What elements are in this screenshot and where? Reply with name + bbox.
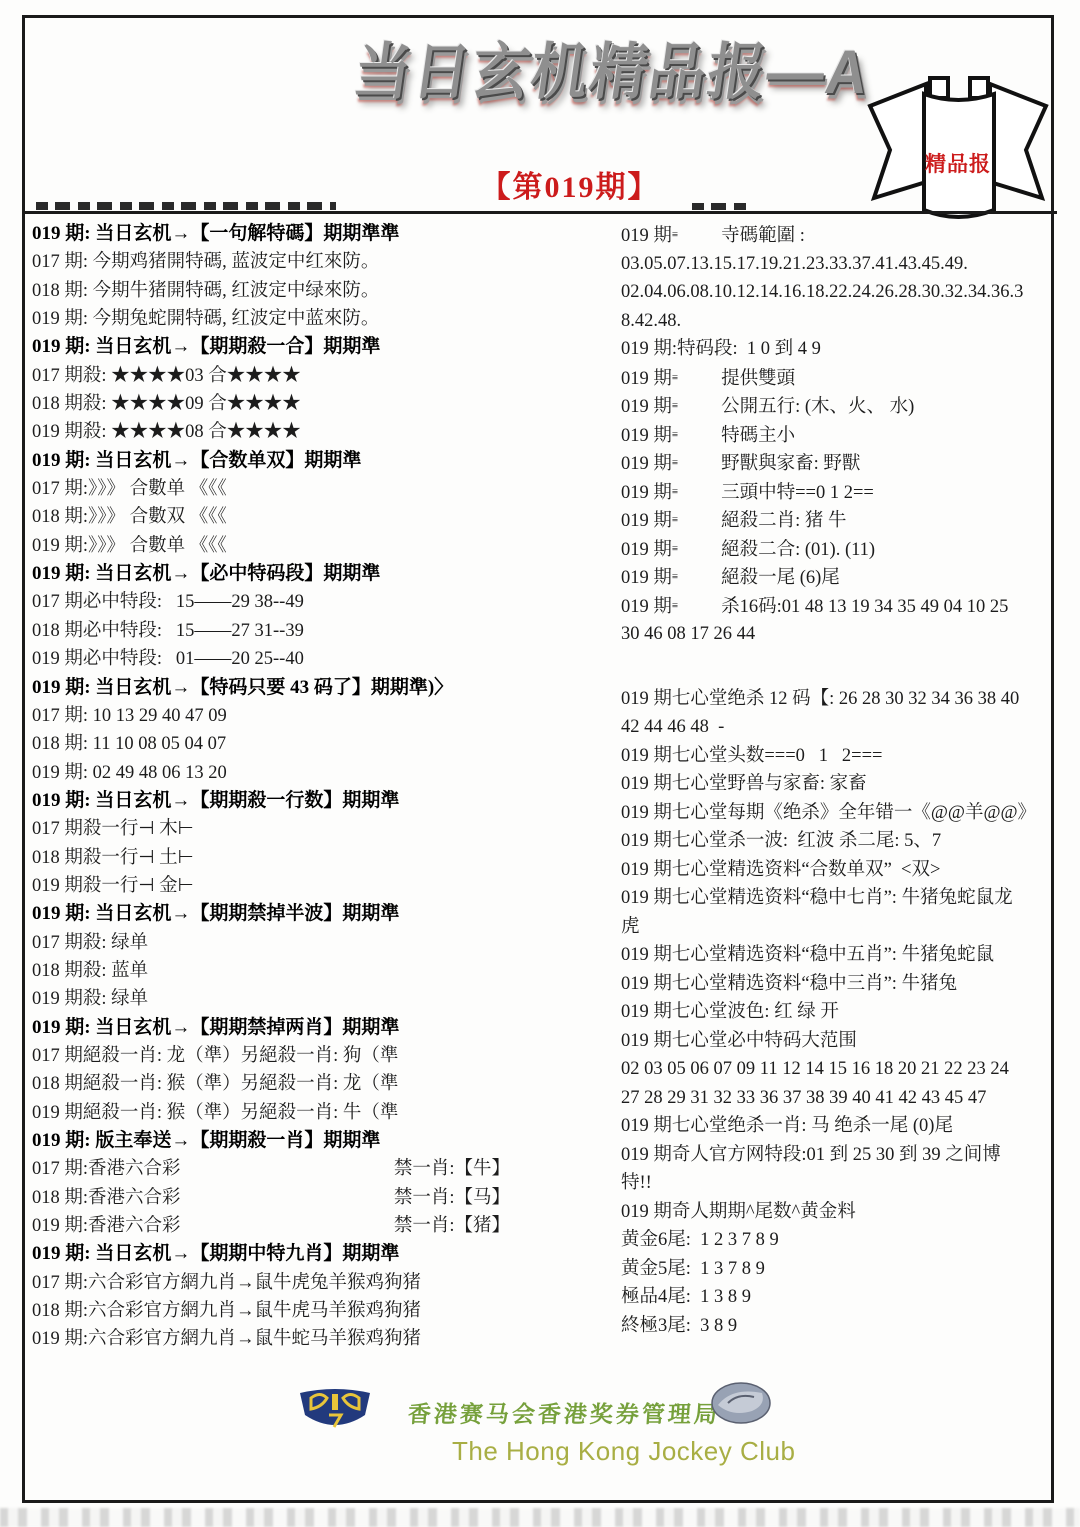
report-line: 02 03 05 06 07 09 11 12 14 15 16 18 20 2… (621, 1055, 1058, 1084)
header-divider (22, 211, 1057, 214)
report-line-text: 寺碼範圍 : (721, 226, 805, 246)
report-line: 019 期七心堂野兽与家畜: 家畜 (621, 770, 1058, 799)
report-line: 019 期七心堂精选资料“合数单双” <双> (621, 856, 1058, 885)
report-line: 019 期: 02 49 48 06 13 20 (32, 759, 610, 787)
column-gap (621, 649, 1058, 685)
report-line-text: 絕殺二肖: 猪 牛 (721, 511, 846, 531)
report-page: 当日玄机精品报—A 【第019期】 精品报 019 期: 当日玄机→【一句解特碼… (0, 0, 1080, 1527)
section-header-line: 019 期: 当日玄机→【期期禁掉半波】期期準 (32, 900, 610, 928)
report-line: 019 期≡提供雙頭 (621, 364, 1058, 393)
report-line: 019 期七心堂杀一波: 红波 杀二尾: 5、7 (621, 827, 1058, 856)
report-line: 虎 (621, 913, 1058, 942)
report-line: 019 期絕殺一肖: 猴（準）另絕殺一肖: 牛（準 (32, 1099, 610, 1127)
report-line: 黄金6尾: 1 2 3 7 8 9 (621, 1226, 1058, 1255)
section-header-line: 019 期: 版主奉送→【期期殺一肖】期期準 (32, 1127, 610, 1155)
report-line: 017 期:》》》 合數单 《《《 (32, 475, 610, 503)
report-line-left-part: 017 期:香港六合彩 (32, 1155, 181, 1183)
report-line: 8.42.48. (621, 307, 1058, 336)
report-line: 019 期七心堂波色: 红 绿 开 (621, 998, 1058, 1027)
smudged-glyph-fragment: ≡ (672, 429, 677, 441)
smudged-glyph-fragment: ≡ (672, 400, 677, 412)
report-line: 019 期≡絕殺二肖: 猪 牛 (621, 506, 1058, 535)
clipped-text-fragment (692, 203, 750, 210)
report-line: 019 期奇人期期^尾数^黄金料 (621, 1198, 1058, 1227)
report-line: 017 期絕殺一肖: 龙（準）另絕殺一肖: 狗（準 (32, 1042, 610, 1070)
report-line: 019 期:六合彩官方網九肖→鼠牛蛇马羊猴鸡狗猪 (32, 1325, 610, 1353)
section-header-line: 019 期: 当日玄机→【期期中特九肖】期期準 (32, 1240, 610, 1268)
report-line-text: 公開五行: (木、火、 水) (721, 397, 914, 417)
report-line: 019 期奇人官方网特段:01 到 25 30 到 39 之间博 (621, 1141, 1058, 1170)
report-line: 018 期殺: 蓝单 (32, 957, 610, 985)
report-line: 02.04.06.08.10.12.14.16.18.22.24.26.28.3… (621, 278, 1058, 307)
section-header-line: 019 期: 当日玄机→【必中特码段】期期準 (32, 560, 610, 588)
report-line-text: 絕殺一尾 (6)尾 (721, 568, 840, 588)
report-line: 019 期七心堂必中特码大范围 (621, 1027, 1058, 1056)
issue-prefix: 019 期 (621, 226, 672, 246)
hkjc-crest-logo (297, 1385, 373, 1433)
report-line: 019 期必中特段: 01——20 25--40 (32, 645, 610, 673)
section-header-line: 019 期: 当日玄机→【一句解特碼】期期準準 (32, 220, 610, 248)
report-line: 黄金5尾: 1 3 7 8 9 (621, 1255, 1058, 1284)
issue-prefix: 019 期 (621, 597, 672, 617)
ribbon-label: 精品报 (918, 148, 998, 178)
report-line: 017 期: 10 13 29 40 47 09 (32, 702, 610, 730)
issue-prefix: 019 期 (621, 369, 672, 389)
report-line-text: 特碼主小 (721, 426, 795, 446)
report-line: 019 期七心堂每期《绝杀》全年错一《@@羊@@》 (621, 799, 1058, 828)
section-header-line: 019 期: 当日玄机→【合数单双】期期準 (32, 447, 610, 475)
report-line: 018 期絕殺一肖: 猴（準）另絕殺一肖: 龙（準 (32, 1070, 610, 1098)
report-line: 019 期七心堂精选资料“稳中七肖”: 牛猪兔蛇鼠龙 (621, 884, 1058, 913)
report-line: 終極3尾: 3 8 9 (621, 1312, 1058, 1341)
issue-prefix: 019 期 (621, 540, 672, 560)
report-line: 018 期殺一行⊣ 土⊢ (32, 844, 610, 872)
report-line: 017 期殺一行⊣ 木⊢ (32, 815, 610, 843)
smudged-glyph-fragment: ≡ (672, 543, 677, 555)
right-column: 019 期≡寺碼範圍 :03.05.07.13.15.17.19.21.23.3… (621, 221, 1058, 1340)
smudged-glyph-fragment: ≡ (672, 372, 677, 384)
report-line: 018 期: 11 10 08 05 04 07 (32, 730, 610, 758)
report-line: 017 期: 今期鸡猪開特碼, 蓝波定中红來防。 (32, 248, 610, 276)
report-line: 019 期殺: ★★★★08 合★★★★ (32, 418, 610, 446)
smudged-glyph-fragment: ≡ (672, 600, 677, 612)
section-header-line: 019 期: 当日玄机→【期期禁掉两肖】期期準 (32, 1014, 610, 1042)
report-line: 019 期七心堂头数===0 1 2=== (621, 742, 1058, 771)
report-line: 019 期≡三頭中特==0 1 2== (621, 478, 1058, 507)
report-line-right-part: 禁一肖:【猪】 (394, 1212, 510, 1240)
report-line: 019 期≡絕殺二合: (01). (11) (621, 535, 1058, 564)
report-line: 018 期殺: ★★★★09 合★★★★ (32, 390, 610, 418)
section-header-line: 019 期: 当日玄机→【特码只要 43 码了】期期準)〉 (32, 674, 610, 702)
report-line: 019 期≡杀16码:01 48 13 19 34 35 49 04 10 25 (621, 592, 1058, 621)
report-line-text: 提供雙頭 (721, 369, 795, 389)
smudged-glyph-fragment: ≡ (672, 486, 677, 498)
report-line: 30 46 08 17 26 44 (621, 620, 1058, 649)
report-line: 019 期≡絕殺一尾 (6)尾 (621, 563, 1058, 592)
report-line: 018 期: 今期牛猪開特碼, 红波定中绿來防。 (32, 277, 610, 305)
section-header-line: 019 期: 当日玄机→【期期殺一行数】期期準 (32, 787, 610, 815)
smudged-glyph-fragment: ≡ (672, 457, 677, 469)
report-line-left-part: 018 期:香港六合彩 (32, 1184, 181, 1212)
report-line-text: 野獸與家畜: 野獸 (721, 454, 860, 474)
report-line: 019 期七心堂绝杀 12 码【: 26 28 30 32 34 36 38 4… (621, 685, 1058, 714)
report-line: 017 期殺: ★★★★03 合★★★★ (32, 362, 610, 390)
report-line: 019 期:特码段: 1 0 到 4 9 (621, 335, 1058, 364)
smudged-glyph-fragment: ≡ (672, 229, 677, 241)
report-line: 019 期七心堂绝杀一肖: 马 绝杀一尾 (0)尾 (621, 1112, 1058, 1141)
smudged-glyph-fragment: ≡ (672, 571, 677, 583)
report-line: 018 期:》》》 合數双 《《《 (32, 503, 610, 531)
report-line: 019 期:香港六合彩禁一肖:【猪】 (32, 1212, 510, 1240)
report-line: 03.05.07.13.15.17.19.21.23.33.37.41.43.4… (621, 250, 1058, 279)
report-line: 019 期:》》》 合數单 《《《 (32, 532, 610, 560)
left-column: 019 期: 当日玄机→【一句解特碼】期期準準017 期: 今期鸡猪開特碼, 蓝… (32, 220, 610, 1354)
issue-number: 【第019期】 (440, 162, 700, 206)
issue-prefix: 019 期 (621, 397, 672, 417)
club-name-english: The Hong Kong Jockey Club (452, 1436, 795, 1467)
report-line: 018 期必中特段: 15——27 31--39 (32, 617, 610, 645)
report-line: 019 期≡寺碼範圍 : (621, 221, 1058, 250)
report-line: 019 期: 今期兔蛇開特碼, 红波定中蓝來防。 (32, 305, 610, 333)
report-line: 019 期殺: 绿单 (32, 985, 610, 1013)
clipped-text-fragment (36, 202, 336, 210)
report-line: 017 期殺: 绿单 (32, 929, 610, 957)
report-line: 極品4尾: 1 3 8 9 (621, 1283, 1058, 1312)
report-line-text: 絕殺二合: (01). (11) (721, 540, 875, 560)
report-line: 018 期:香港六合彩禁一肖:【马】 (32, 1184, 510, 1212)
issue-prefix: 019 期 (621, 426, 672, 446)
club-name-chinese: 香港赛马会香港奖券管理局 (407, 1396, 669, 1429)
report-line: 019 期≡公開五行: (木、火、 水) (621, 392, 1058, 421)
issue-prefix: 019 期 (621, 454, 672, 474)
report-line: 017 期必中特段: 15——29 38--49 (32, 588, 610, 616)
report-line: 019 期七心堂精选资料“稳中三肖”: 牛猪兔 (621, 970, 1058, 999)
report-line: 019 期≡野獸與家畜: 野獸 (621, 449, 1058, 478)
report-line-text: 三頭中特==0 1 2== (721, 483, 874, 503)
issue-prefix: 019 期 (621, 568, 672, 588)
report-line: 017 期:香港六合彩禁一肖:【牛】 (32, 1155, 510, 1183)
report-line-text: 杀16码:01 48 13 19 34 35 49 04 10 25 (721, 597, 1008, 617)
report-line: 019 期七心堂精选资料“稳中五肖”: 牛猪兔蛇鼠 (621, 941, 1058, 970)
report-line: 018 期:六合彩官方網九肖→鼠牛虎马羊猴鸡狗猪 (32, 1297, 610, 1325)
report-line: 42 44 46 48 - (621, 713, 1058, 742)
issue-prefix: 019 期 (621, 511, 672, 531)
report-line-left-part: 019 期:香港六合彩 (32, 1212, 181, 1240)
report-line: 特!! (621, 1169, 1058, 1198)
hkjc-emblem-logo (710, 1381, 772, 1427)
report-line-right-part: 禁一肖:【牛】 (394, 1155, 510, 1183)
report-title: 当日玄机精品报—A (334, 23, 891, 112)
section-header-line: 019 期: 当日玄机→【期期殺一合】期期準 (32, 333, 610, 361)
issue-prefix: 019 期 (621, 483, 672, 503)
scan-artifact-strip (0, 1508, 1080, 1527)
report-line: 017 期:六合彩官方網九肖→鼠牛虎兔羊猴鸡狗猪 (32, 1269, 610, 1297)
report-line: 27 28 29 31 32 33 36 37 38 39 40 41 42 4… (621, 1084, 1058, 1113)
report-line-right-part: 禁一肖:【马】 (394, 1184, 510, 1212)
report-line: 019 期殺一行⊣ 金⊢ (32, 872, 610, 900)
smudged-glyph-fragment: ≡ (672, 514, 677, 526)
report-line: 019 期≡特碼主小 (621, 421, 1058, 450)
